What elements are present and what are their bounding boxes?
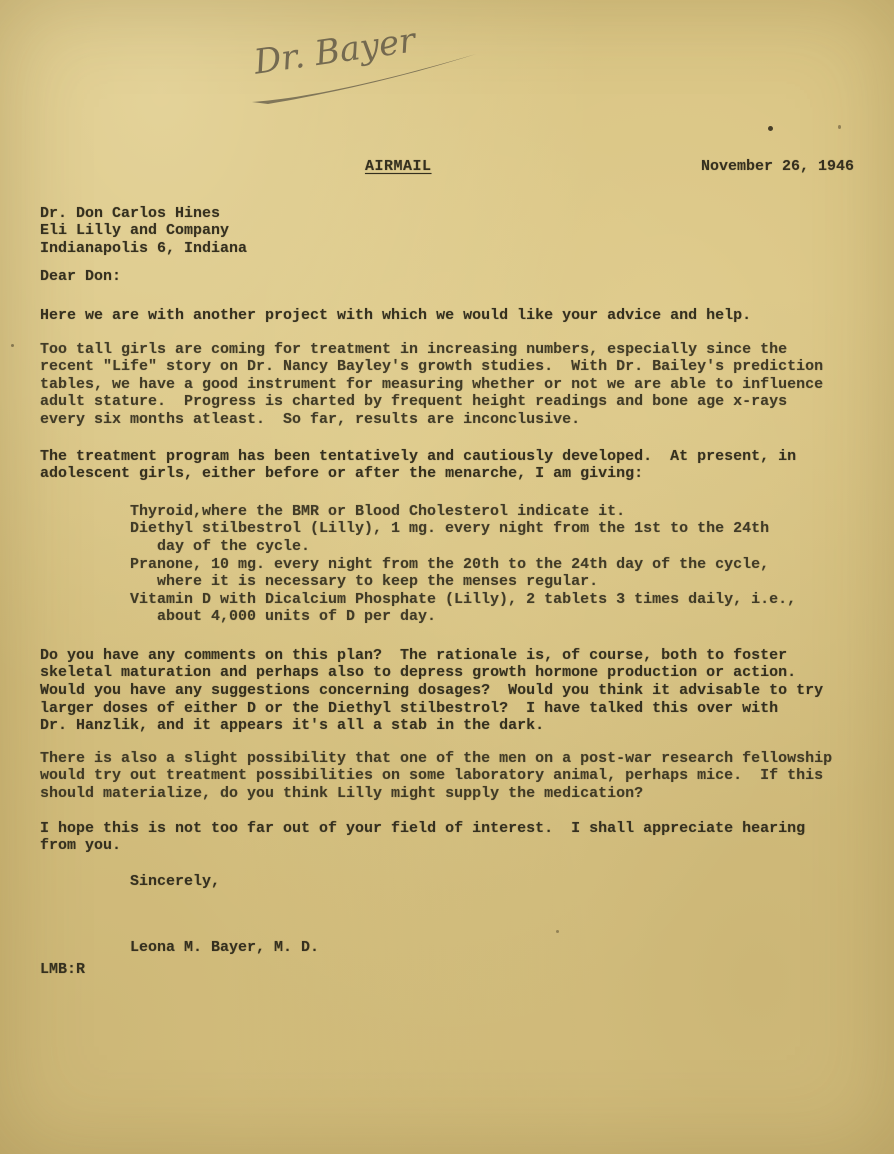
paragraph-tall-girls: Too tall girls are coming for treatment …	[40, 341, 860, 429]
typist-initials: LMB:R	[40, 961, 860, 979]
letter-date: November 26, 1946	[701, 158, 854, 176]
paper-speck	[556, 930, 559, 933]
signature-name: Leona M. Bayer, M. D.	[130, 939, 860, 957]
paper-speck	[838, 125, 841, 129]
paragraph-fellowship: There is also a slight possibility that …	[40, 750, 860, 803]
salutation: Dear Don:	[40, 268, 860, 286]
annotation-underline-stroke	[252, 54, 476, 104]
recipient-address: Dr. Don Carlos Hines Eli Lilly and Compa…	[40, 205, 860, 258]
paragraph-comments-question: Do you have any comments on this plan? T…	[40, 647, 860, 735]
letter-page: Dr. Bayer AIRMAIL November 26, 1946 Dr. …	[0, 0, 894, 1154]
treatment-list: Thyroid,where the BMR or Blood Cholester…	[130, 503, 860, 626]
valediction: Sincerely,	[130, 873, 860, 891]
paragraph-treatment-program: The treatment program has been tentative…	[40, 448, 860, 483]
annotation-text: Dr. Bayer	[251, 20, 420, 83]
airmail-label: AIRMAIL	[365, 158, 432, 176]
paper-speck	[11, 344, 14, 347]
paragraph-intro: Here we are with another project with wh…	[40, 307, 860, 325]
paper-speck	[768, 126, 773, 131]
paragraph-hope: I hope this is not too far out of your f…	[40, 820, 860, 855]
handwritten-annotation: Dr. Bayer	[238, 14, 488, 114]
letter-header: AIRMAIL November 26, 1946	[40, 158, 860, 176]
